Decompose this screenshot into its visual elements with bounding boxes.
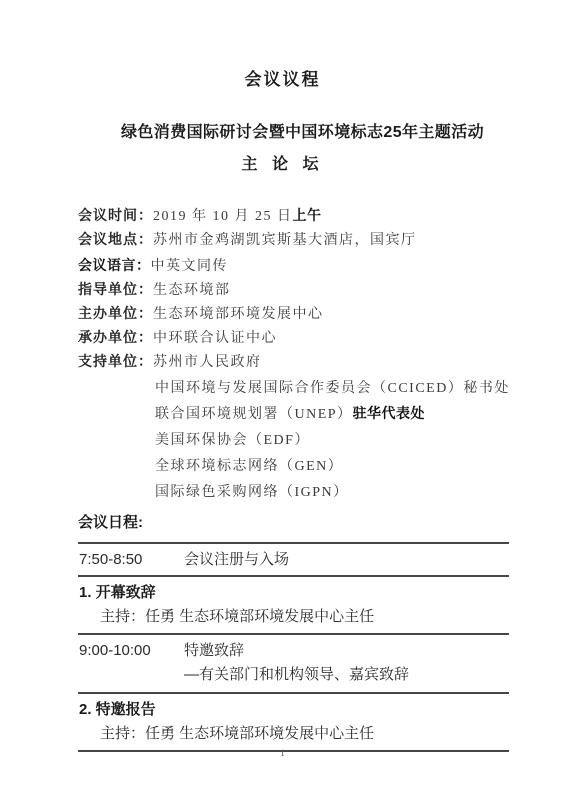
- supporter-item: 联合国环境规划署（UNEP）驻华代表处: [78, 401, 510, 427]
- info-label-host-unit: 主办单位：: [78, 307, 153, 322]
- supporter-text: 全球环境标志网络（GEN）: [155, 459, 343, 474]
- info-label-support: 支持单位：: [78, 355, 153, 370]
- agenda-host-line: 主持：任勇 生态环境部环境发展中心主任: [78, 602, 509, 633]
- info-value-language: 中英文同传: [151, 259, 229, 274]
- info-value-support: 苏州市人民政府: [153, 355, 262, 370]
- supporter-item: 国际绿色采购网络（IGPN）: [78, 479, 510, 505]
- meeting-info: 会议时间：2019 年 10 月 25 日上午 会议地点：苏州市金鸡湖凯宾斯基大…: [78, 203, 510, 505]
- agenda-section-opening: 1. 开幕致辞 主持：任勇 生态环境部环境发展中心主任: [78, 575, 509, 633]
- info-row-organizer: 承办单位：中环联合认证中心: [78, 327, 510, 351]
- agenda-time: 9:00-10:00: [79, 642, 184, 660]
- agenda-host-line: 主持：任勇 生态环境部环境发展中心主任: [78, 719, 509, 750]
- info-value-organizer: 中环联合认证中心: [153, 331, 277, 346]
- agenda-activity: 特邀致辞: [184, 642, 509, 660]
- agenda-row-invited-speech: 9:00-10:00 特邀致辞 —有关部门和机构领导、嘉宾致辞: [78, 633, 509, 692]
- supporter-item: 中国环境与发展国际合作委员会（CCICED）秘书处: [78, 375, 510, 401]
- supporter-text: 联合国环境规划署（UNEP）: [155, 407, 353, 422]
- info-label-organizer: 承办单位：: [78, 331, 153, 346]
- supporter-text: 美国环保协会（EDF）: [155, 433, 310, 448]
- supporter-text: 中国环境与发展国际合作委员会（CCICED）秘书处: [155, 381, 510, 396]
- info-row-support: 支持单位：苏州市人民政府: [78, 351, 510, 375]
- supporter-item: 全球环境标志网络（GEN）: [78, 453, 510, 479]
- agenda-time-line: 7:50-8:50 会议注册与入场: [78, 544, 509, 575]
- info-value-time: 2019 年 10 月 25 日: [153, 209, 293, 224]
- agenda-section-title: 1. 开幕致辞: [78, 577, 509, 602]
- event-subtitle: 绿色消费国际研讨会暨中国环境标志25年主题活动: [0, 122, 565, 144]
- info-label-language: 会议语言：: [78, 257, 151, 273]
- document-page: 会议议程 绿色消费国际研讨会暨中国环境标志25年主题活动 主 论 坛 会议时间：…: [0, 0, 565, 798]
- info-row-language: 会议语言：中英文同传: [78, 253, 510, 279]
- agenda-activity-detail: —有关部门和机构领导、嘉宾致辞: [78, 666, 509, 692]
- info-row-guidance: 指导单位：生态环境部: [78, 279, 510, 303]
- agenda-time-line: 9:00-10:00 特邀致辞: [78, 635, 509, 666]
- info-label-location: 会议地点：: [78, 233, 153, 248]
- agenda-heading: 会议日程:: [78, 513, 565, 533]
- agenda-row-registration: 7:50-8:50 会议注册与入场: [78, 542, 509, 575]
- supporter-text-bold: 驻华代表处: [353, 405, 426, 421]
- agenda-section-invited-report: 2. 特邀报告 主持：任勇 生态环境部环境发展中心主任: [78, 692, 509, 752]
- agenda-time: 7:50-8:50: [79, 551, 184, 569]
- info-value-time-bold: 上午: [293, 207, 322, 223]
- supporter-item: 美国环保协会（EDF）: [78, 427, 510, 453]
- page-title: 会议议程: [0, 0, 565, 90]
- agenda-activity: 会议注册与入场: [184, 551, 509, 569]
- info-row-host-unit: 主办单位：生态环境部环境发展中心: [78, 303, 510, 327]
- info-value-location: 苏州市金鸡湖凯宾斯基大酒店，国宾厅: [153, 233, 417, 248]
- supporter-text: 国际绿色采购网络（IGPN）: [155, 485, 349, 500]
- agenda-section-title: 2. 特邀报告: [78, 694, 509, 719]
- forum-title: 主 论 坛: [0, 156, 565, 174]
- agenda-table: 7:50-8:50 会议注册与入场 1. 开幕致辞 主持：任勇 生态环境部环境发…: [78, 542, 509, 752]
- info-label-guidance: 指导单位：: [78, 283, 153, 298]
- info-row-time: 会议时间：2019 年 10 月 25 日上午: [78, 203, 510, 229]
- info-value-guidance: 生态环境部: [153, 283, 231, 298]
- page-number: 1: [0, 748, 565, 758]
- info-row-location: 会议地点：苏州市金鸡湖凯宾斯基大酒店，国宾厅: [78, 229, 510, 253]
- info-label-time: 会议时间：: [78, 209, 153, 224]
- info-value-host-unit: 生态环境部环境发展中心: [153, 307, 324, 322]
